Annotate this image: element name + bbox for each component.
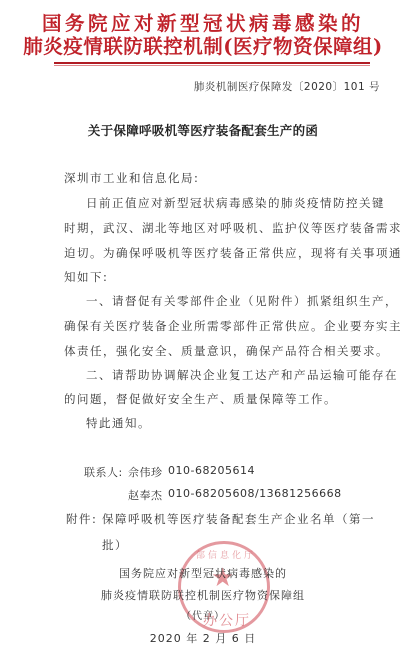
contacts-label: 联系人: bbox=[84, 464, 123, 480]
attachment-label: 附件: bbox=[66, 511, 97, 527]
attachment-line1: 保障呼吸机等医疗装备配套生产企业名单（第一 bbox=[102, 511, 375, 527]
item1-line2: 确保有关医疗装备企业所需零部件正常供应。企业要夯实主 bbox=[64, 318, 402, 334]
item1-line3: 体责任，强化安全、质量意识，确保产品符合相关要求。 bbox=[64, 343, 389, 359]
item1-line1: 一、请督促有关零部件企业（见附件）抓紧组织生产， bbox=[86, 293, 398, 309]
seal-top-text: 部信息化厅 bbox=[196, 548, 256, 561]
attachment-line2: 批） bbox=[102, 537, 128, 553]
body-paragraph1-line3: 迫切。为确保呼吸机等医疗装备正常供应，现将有关事项通 bbox=[64, 245, 402, 261]
issuer-header-line2: 肺炎疫情联防联控机制(医疗物资保障组) bbox=[0, 31, 406, 59]
contact-2-name: 赵奉杰 bbox=[128, 487, 163, 503]
red-header-rule bbox=[54, 62, 370, 64]
item2-line1: 二、请帮助协调解决企业复工达产和产品运输可能存在 bbox=[86, 367, 398, 383]
body-paragraph1-line1: 日前正值应对新型冠状病毒感染的肺炎疫情防控关键 bbox=[86, 195, 385, 211]
document-number: 肺炎机制医疗保障发〔2020〕101 号 bbox=[140, 79, 380, 94]
item2-line2: 的问题，督促做好安全生产、质量保障等工作。 bbox=[64, 391, 337, 407]
body-paragraph1-line2: 时期，武汉、湖北等地区对呼吸机、监护仪等医疗装备需求 bbox=[64, 220, 402, 236]
body-paragraph1-line4: 知如下: bbox=[64, 269, 108, 285]
signature-date: 2020 年 2 月 6 日 bbox=[0, 630, 406, 646]
signature-line1: 国务院应对新型冠状病毒感染的 bbox=[0, 565, 406, 581]
salutation: 深圳市工业和信息化局: bbox=[64, 170, 199, 186]
seal-bottom-text: 办公厅 bbox=[203, 610, 251, 630]
contact-1-name: 佘伟珍 bbox=[128, 464, 163, 480]
signature-line2: 肺炎疫情联防联控机制医疗物资保障组 bbox=[0, 587, 406, 603]
contact-2-phone: 010-68205608/13681256668 bbox=[168, 487, 342, 500]
document-title: 关于保障呼吸机等医疗装备配套生产的函 bbox=[0, 121, 406, 139]
red-header-rule-thin bbox=[54, 65, 370, 66]
contact-1-phone: 010-68205614 bbox=[168, 464, 255, 477]
closing-line: 特此通知。 bbox=[86, 415, 151, 431]
